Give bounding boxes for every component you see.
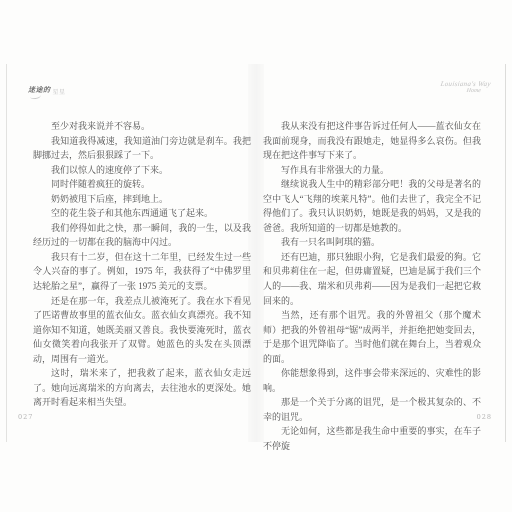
paragraph: 写作具有非常强大的力量。 [263, 163, 481, 178]
book-title-english-line2: Home [439, 88, 490, 95]
book-edge-right [505, 64, 506, 442]
header-flourish-icon [30, 92, 42, 100]
paragraph: 还是在那一年，我差点儿被淹死了。我在水下看见了匹诺曹故事里的蓝衣仙女。蓝衣仙女真… [33, 294, 251, 367]
paragraph: 当然，还有那个诅咒。我的外曾祖父（那个魔术师）把我的外曾祖母“锯”成两半，并拒绝… [263, 308, 481, 366]
paragraph: 这时，瑞米来了，把我救了起来，蓝衣仙女走远了。她向远离瑞米的方向离去，去往池水的… [33, 366, 251, 410]
paragraph: 还有巴迪，那只独眼小狗，它是我们最爱的狗。它和贝弗莉住在一起，但毋庸置疑，巴迪是… [263, 250, 481, 308]
book-edge-left [6, 64, 7, 442]
paragraph: 无论如何，这些都是我生命中重要的事实，在车子不停旋 [263, 424, 481, 453]
paragraph: 奶奶被甩下后座，摔到地上。 [33, 192, 251, 207]
book-spread: 迷途的星星 Louisiana's Way Home 至少对我来说并不容易。 我… [0, 0, 512, 512]
left-page-number: 027 [18, 413, 33, 421]
paragraph: 至少对我来说并不容易。 [33, 119, 251, 134]
right-page-number: 028 [477, 413, 492, 421]
paragraph: 空的花生袋子和其他东西通通飞了起来。 [33, 206, 251, 221]
paragraph: 你能想象得到，这件事会带来深远的、灾难性的影响。 [263, 366, 481, 395]
paragraph: 我们以惊人的速度停了下来。 [33, 163, 251, 178]
right-running-header: Louisiana's Way Home [439, 81, 491, 95]
right-page-text: 我从来没有把这件事告诉过任何人——蓝衣仙女在我面前现身，而我没有跟她走，她显得多… [263, 119, 481, 454]
paragraph: 继续说我人生中的精彩部分吧！我的父母是著名的空中飞人“飞翔的埃莱凡特”。他们去世… [263, 177, 481, 235]
book-title-chinese-light: 星星 [53, 90, 66, 96]
paragraph: 我们停得如此之快，那一瞬间，我的一生，以及我经历过的一切都在我的脑海中闪过。 [33, 221, 251, 250]
book-title-english-line1: Louisiana's Way [440, 81, 491, 88]
paragraph: 我知道我得减速，我知道油门旁边就是刹车。我把脚挪过去，然后狠狠踩了一下。 [33, 134, 251, 163]
left-running-header: 迷途的星星 [28, 84, 64, 95]
paragraph: 那是一个关于分离的诅咒，是一个极其复杂的、不幸的诅咒。 [263, 395, 481, 424]
paragraph: 我有一只名叫阿琪的猫。 [263, 235, 481, 250]
left-page-text: 至少对我来说并不容易。 我知道我得减速，我知道油门旁边就是刹车。我把脚挪过去，然… [33, 119, 251, 410]
paragraph: 同时伴随着疯狂的旋转。 [33, 177, 251, 192]
paragraph: 我只有十二岁，但在这十二年里，已经发生过一些令人兴奋的事了。例如，1975 年，… [33, 250, 251, 294]
paragraph: 我从来没有把这件事告诉过任何人——蓝衣仙女在我面前现身，而我没有跟她走，她显得多… [263, 119, 481, 163]
